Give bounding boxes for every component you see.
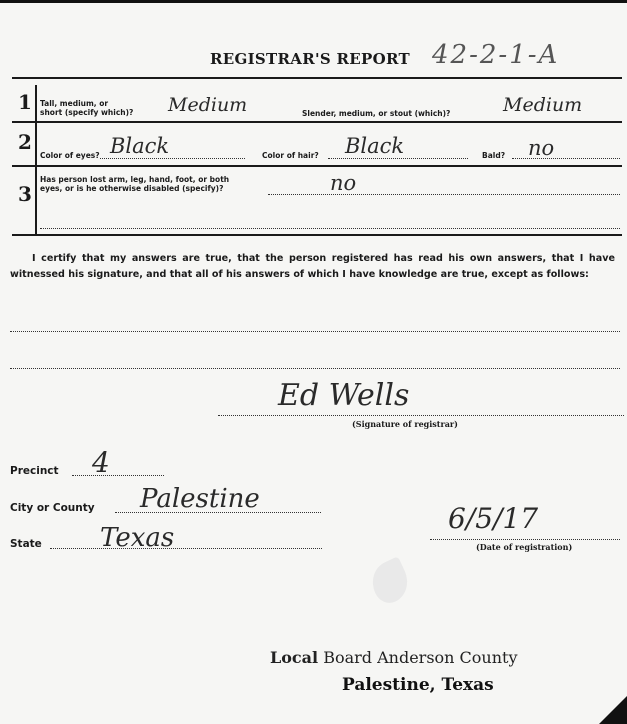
question-1b-label: Slender, medium, or stout (which)? xyxy=(302,109,450,118)
eye-color-dotted-line xyxy=(100,158,245,159)
local-board-stamp-line2: Palestine, Texas xyxy=(342,675,494,695)
bald-answer[interactable]: no xyxy=(528,136,554,160)
question-2-number: 2 xyxy=(18,130,32,154)
registration-date-caption: (Date of registration) xyxy=(476,542,572,552)
question-1a-answer[interactable]: Medium xyxy=(168,94,247,116)
exceptions-line-1[interactable] xyxy=(10,331,620,332)
bald-label: Bald? xyxy=(482,151,505,160)
row-3-rule xyxy=(12,234,622,236)
precinct-label: Precinct xyxy=(10,465,59,477)
top-border xyxy=(0,0,627,3)
hair-color-dotted-line xyxy=(328,158,468,159)
local-board-stamp-line1: Local Board Anderson County xyxy=(270,648,518,667)
stamp-board-name: Board Anderson County xyxy=(318,648,517,667)
eye-color-answer[interactable]: Black xyxy=(110,134,169,158)
question-1-number: 1 xyxy=(18,90,32,114)
hair-color-answer[interactable]: Black xyxy=(345,134,404,158)
question-3-label-line1: Has person lost arm, leg, hand, foot, or… xyxy=(40,175,229,184)
serial-number: 42-2-1-A xyxy=(432,40,559,70)
watermark-leaf-icon xyxy=(365,556,415,607)
precinct-dotted-line xyxy=(72,475,164,476)
precinct-value[interactable]: 4 xyxy=(92,446,110,479)
row-2-rule xyxy=(12,165,622,167)
question-3-dotted-line-2 xyxy=(40,228,620,229)
certification-text: I certify that my answers are true, that… xyxy=(10,251,615,283)
signature-line xyxy=(218,415,624,416)
state-label: State xyxy=(10,538,42,550)
registration-date-line xyxy=(430,539,620,540)
question-3-label-line2: eyes, or is he otherwise disabled (speci… xyxy=(40,184,229,193)
hair-color-label: Color of hair? xyxy=(262,151,319,160)
city-county-label: City or County xyxy=(10,502,95,514)
question-1b-answer[interactable]: Medium xyxy=(503,94,582,116)
question-1a-label-line1: Tall, medium, or xyxy=(40,99,133,108)
eye-color-label: Color of eyes? xyxy=(40,151,100,160)
registrar-signature[interactable]: Ed Wells xyxy=(278,378,409,413)
card-corner xyxy=(599,696,627,724)
question-3-label: Has person lost arm, leg, hand, foot, or… xyxy=(40,175,229,193)
question-3-number: 3 xyxy=(18,182,32,206)
stamp-local: Local xyxy=(270,648,318,667)
city-county-value[interactable]: Palestine xyxy=(140,484,260,514)
state-dotted-line xyxy=(50,548,322,549)
exceptions-line-2[interactable] xyxy=(10,368,620,369)
registration-date-value[interactable]: 6/5/17 xyxy=(448,502,538,535)
row-1-rule xyxy=(12,121,622,123)
state-value[interactable]: Texas xyxy=(100,523,174,553)
question-3-answer[interactable]: no xyxy=(330,171,356,195)
question-3-dotted-line xyxy=(268,194,620,195)
header-rule xyxy=(12,77,622,79)
question-1a-label: Tall, medium, or short (specify which)? xyxy=(40,99,133,117)
signature-caption: (Signature of registrar) xyxy=(352,419,458,429)
question-number-divider xyxy=(35,85,37,235)
report-title: REGISTRAR'S REPORT xyxy=(210,50,410,68)
question-1a-label-line2: short (specify which)? xyxy=(40,108,133,117)
